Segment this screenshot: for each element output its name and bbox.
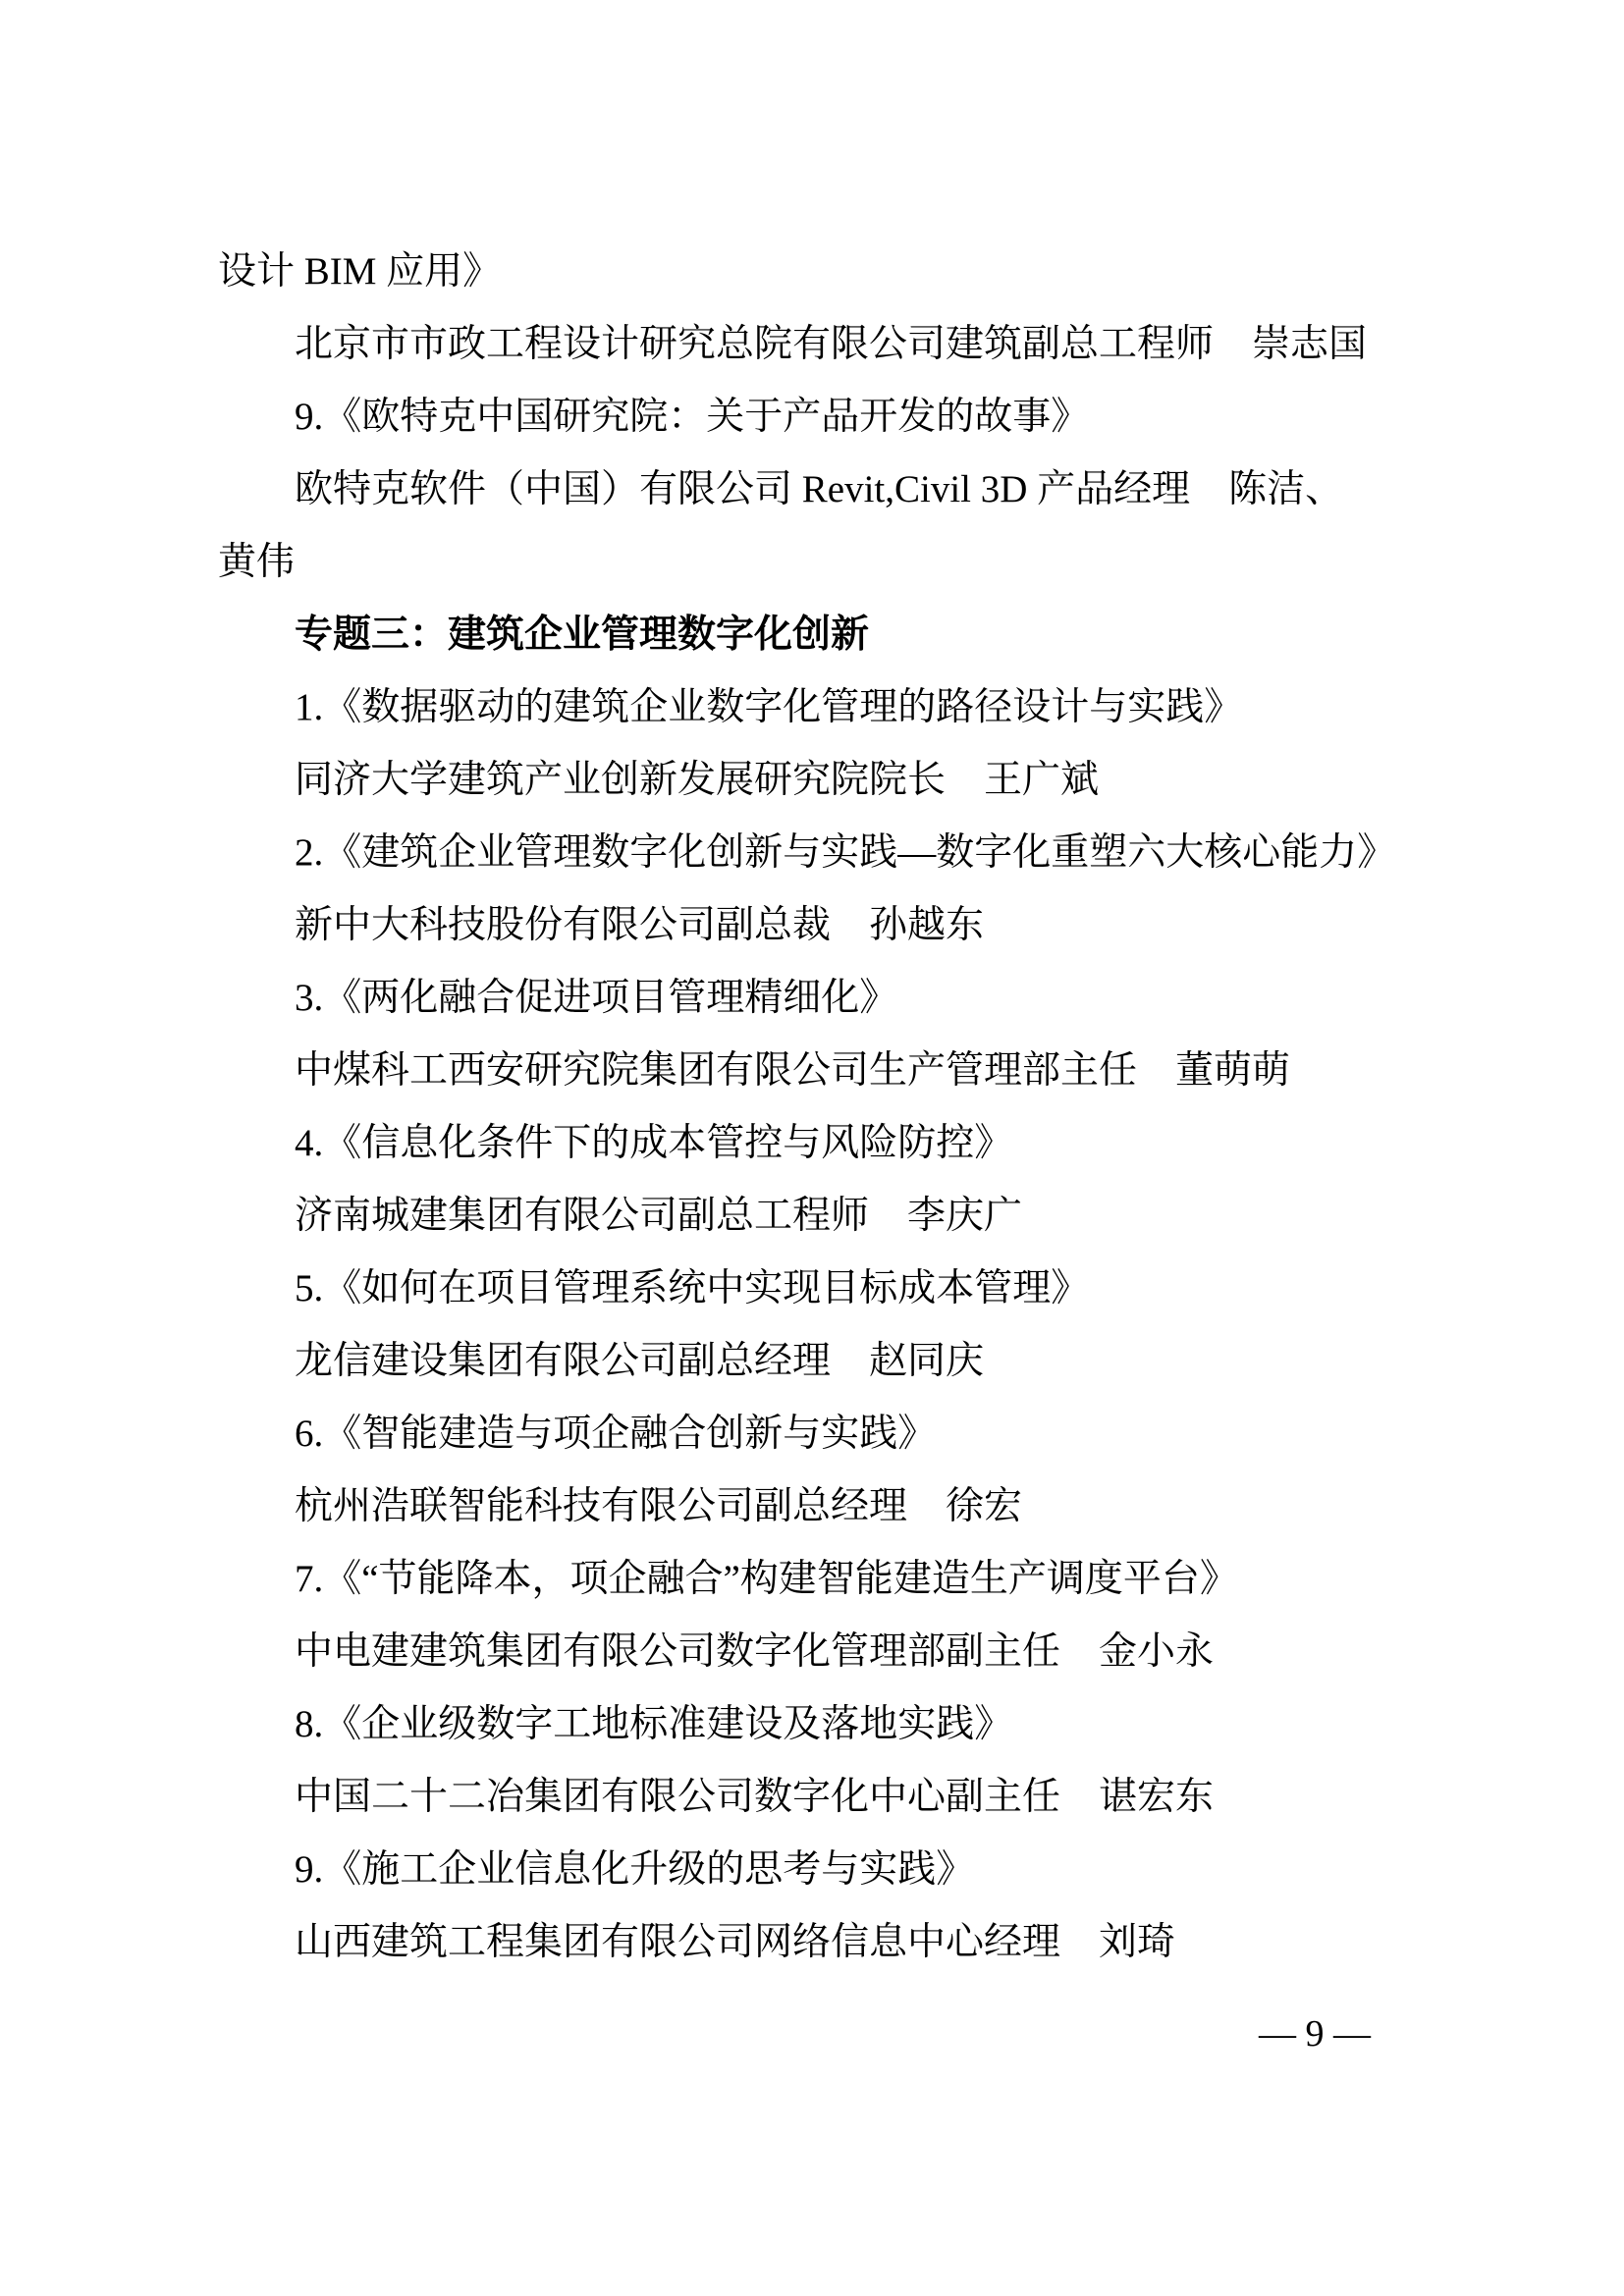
document-body: 设计 BIM 应用》 北京市市政工程设计研究总院有限公司建筑副总工程师 崇志国 … xyxy=(218,236,1432,1979)
doc-line-topic: 4.《信息化条件下的成本管控与风险防控》 xyxy=(218,1107,1432,1180)
doc-line-speaker: 杭州浩联智能科技有限公司副总经理 徐宏 xyxy=(218,1470,1432,1543)
doc-line-speaker: 同济大学建筑产业创新发展研究院院长 王广斌 xyxy=(218,744,1432,817)
doc-line-topic: 9.《欧特克中国研究院：关于产品开发的故事》 xyxy=(218,381,1432,454)
doc-line-speaker: 欧特克软件（中国）有限公司 Revit,Civil 3D 产品经理 陈洁、 xyxy=(218,454,1432,526)
doc-line-wrap: 设计 BIM 应用》 xyxy=(218,236,1432,308)
doc-line-topic: 5.《如何在项目管理系统中实现目标成本管理》 xyxy=(218,1253,1432,1325)
doc-line-speaker: 新中大科技股份有限公司副总裁 孙越东 xyxy=(218,889,1432,962)
doc-line-speaker: 中电建建筑集团有限公司数字化管理部副主任 金小永 xyxy=(218,1616,1432,1688)
doc-line-topic: 2.《建筑企业管理数字化创新与实践—数字化重塑六大核心能力》 xyxy=(218,817,1432,889)
document-page: 设计 BIM 应用》 北京市市政工程设计研究总院有限公司建筑副总工程师 崇志国 … xyxy=(0,0,1624,2296)
doc-line-topic: 7.《“节能降本，项企融合”构建智能建造生产调度平台》 xyxy=(218,1543,1432,1616)
doc-line-speaker: 中国二十二冶集团有限公司数字化中心副主任 谌宏东 xyxy=(218,1761,1432,1834)
page-number: — 9 — xyxy=(1259,2012,1371,2056)
doc-line-speaker: 北京市市政工程设计研究总院有限公司建筑副总工程师 崇志国 xyxy=(218,308,1432,381)
doc-line-topic: 6.《智能建造与项企融合创新与实践》 xyxy=(218,1398,1432,1470)
doc-line-speaker: 山西建筑工程集团有限公司网络信息中心经理 刘琦 xyxy=(218,1906,1432,1979)
doc-line-topic: 9.《施工企业信息化升级的思考与实践》 xyxy=(218,1834,1432,1906)
doc-line-wrap: 黄伟 xyxy=(218,526,1432,599)
doc-line-topic: 3.《两化融合促进项目管理精细化》 xyxy=(218,962,1432,1035)
section-heading: 专题三：建筑企业管理数字化创新 xyxy=(218,599,1432,671)
doc-line-speaker: 龙信建设集团有限公司副总经理 赵同庆 xyxy=(218,1325,1432,1398)
doc-line-speaker: 中煤科工西安研究院集团有限公司生产管理部主任 董萌萌 xyxy=(218,1035,1432,1107)
doc-line-speaker: 济南城建集团有限公司副总工程师 李庆广 xyxy=(218,1180,1432,1253)
doc-line-topic: 8.《企业级数字工地标准建设及落地实践》 xyxy=(218,1688,1432,1761)
doc-line-topic: 1.《数据驱动的建筑企业数字化管理的路径设计与实践》 xyxy=(218,671,1432,744)
